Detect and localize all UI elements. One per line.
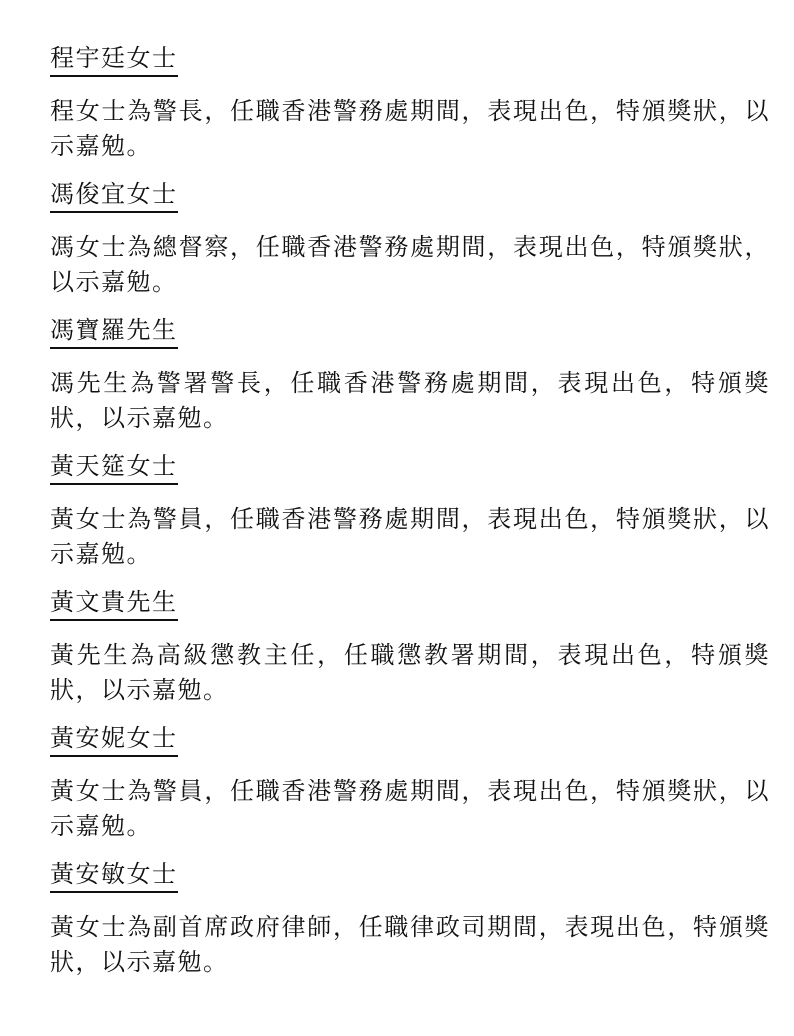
citation-text: 馮女士為總督察，任職香港警務處期間，表現出色，特頒獎狀，以示嘉勉。 (50, 231, 770, 301)
citation-text: 黃先生為高級懲教主任，任職懲教署期間，表現出色，特頒獎狀，以示嘉勉。 (50, 639, 770, 709)
award-entry: 黃文貴先生 黃先生為高級懲教主任，任職懲教署期間，表現出色，特頒獎狀，以示嘉勉。 (50, 586, 770, 709)
recipient-name: 黃文貴先生 (50, 588, 178, 621)
award-entry: 馮俊宜女士 馮女士為總督察，任職香港警務處期間，表現出色，特頒獎狀，以示嘉勉。 (50, 178, 770, 301)
award-entry: 馮寶羅先生 馮先生為警署警長，任職香港警務處期間，表現出色，特頒獎狀，以示嘉勉。 (50, 314, 770, 437)
recipient-name-heading: 馮俊宜女士 (50, 178, 770, 213)
award-entry: 黃安妮女士 黃女士為警員，任職香港警務處期間，表現出色，特頒獎狀，以示嘉勉。 (50, 722, 770, 845)
recipient-name-heading: 黃文貴先生 (50, 586, 770, 621)
recipient-name: 黃天筵女士 (50, 452, 178, 485)
recipient-name-heading: 馮寶羅先生 (50, 314, 770, 349)
award-entry: 程宇廷女士 程女士為警長，任職香港警務處期間，表現出色，特頒獎狀，以示嘉勉。 (50, 42, 770, 165)
recipient-name: 程宇廷女士 (50, 44, 178, 77)
document-page: 程宇廷女士 程女士為警長，任職香港警務處期間，表現出色，特頒獎狀，以示嘉勉。 馮… (0, 0, 794, 1036)
award-entry: 黃天筵女士 黃女士為警員，任職香港警務處期間，表現出色，特頒獎狀，以示嘉勉。 (50, 450, 770, 573)
citation-text: 黃女士為副首席政府律師，任職律政司期間，表現出色，特頒獎狀，以示嘉勉。 (50, 911, 770, 981)
award-entry: 黃安敏女士 黃女士為副首席政府律師，任職律政司期間，表現出色，特頒獎狀，以示嘉勉… (50, 858, 770, 981)
citation-text: 黃女士為警員，任職香港警務處期間，表現出色，特頒獎狀，以示嘉勉。 (50, 503, 770, 573)
citation-text: 程女士為警長，任職香港警務處期間，表現出色，特頒獎狀，以示嘉勉。 (50, 95, 770, 165)
recipient-name-heading: 黃安妮女士 (50, 722, 770, 757)
recipient-name: 馮俊宜女士 (50, 180, 178, 213)
citation-text: 黃女士為警員，任職香港警務處期間，表現出色，特頒獎狀，以示嘉勉。 (50, 775, 770, 845)
recipient-name-heading: 程宇廷女士 (50, 42, 770, 77)
recipient-name: 黃安敏女士 (50, 860, 178, 893)
recipient-name-heading: 黃安敏女士 (50, 858, 770, 893)
recipient-name: 馮寶羅先生 (50, 316, 178, 349)
recipient-name: 黃安妮女士 (50, 724, 178, 757)
recipient-name-heading: 黃天筵女士 (50, 450, 770, 485)
citation-text: 馮先生為警署警長，任職香港警務處期間，表現出色，特頒獎狀，以示嘉勉。 (50, 367, 770, 437)
